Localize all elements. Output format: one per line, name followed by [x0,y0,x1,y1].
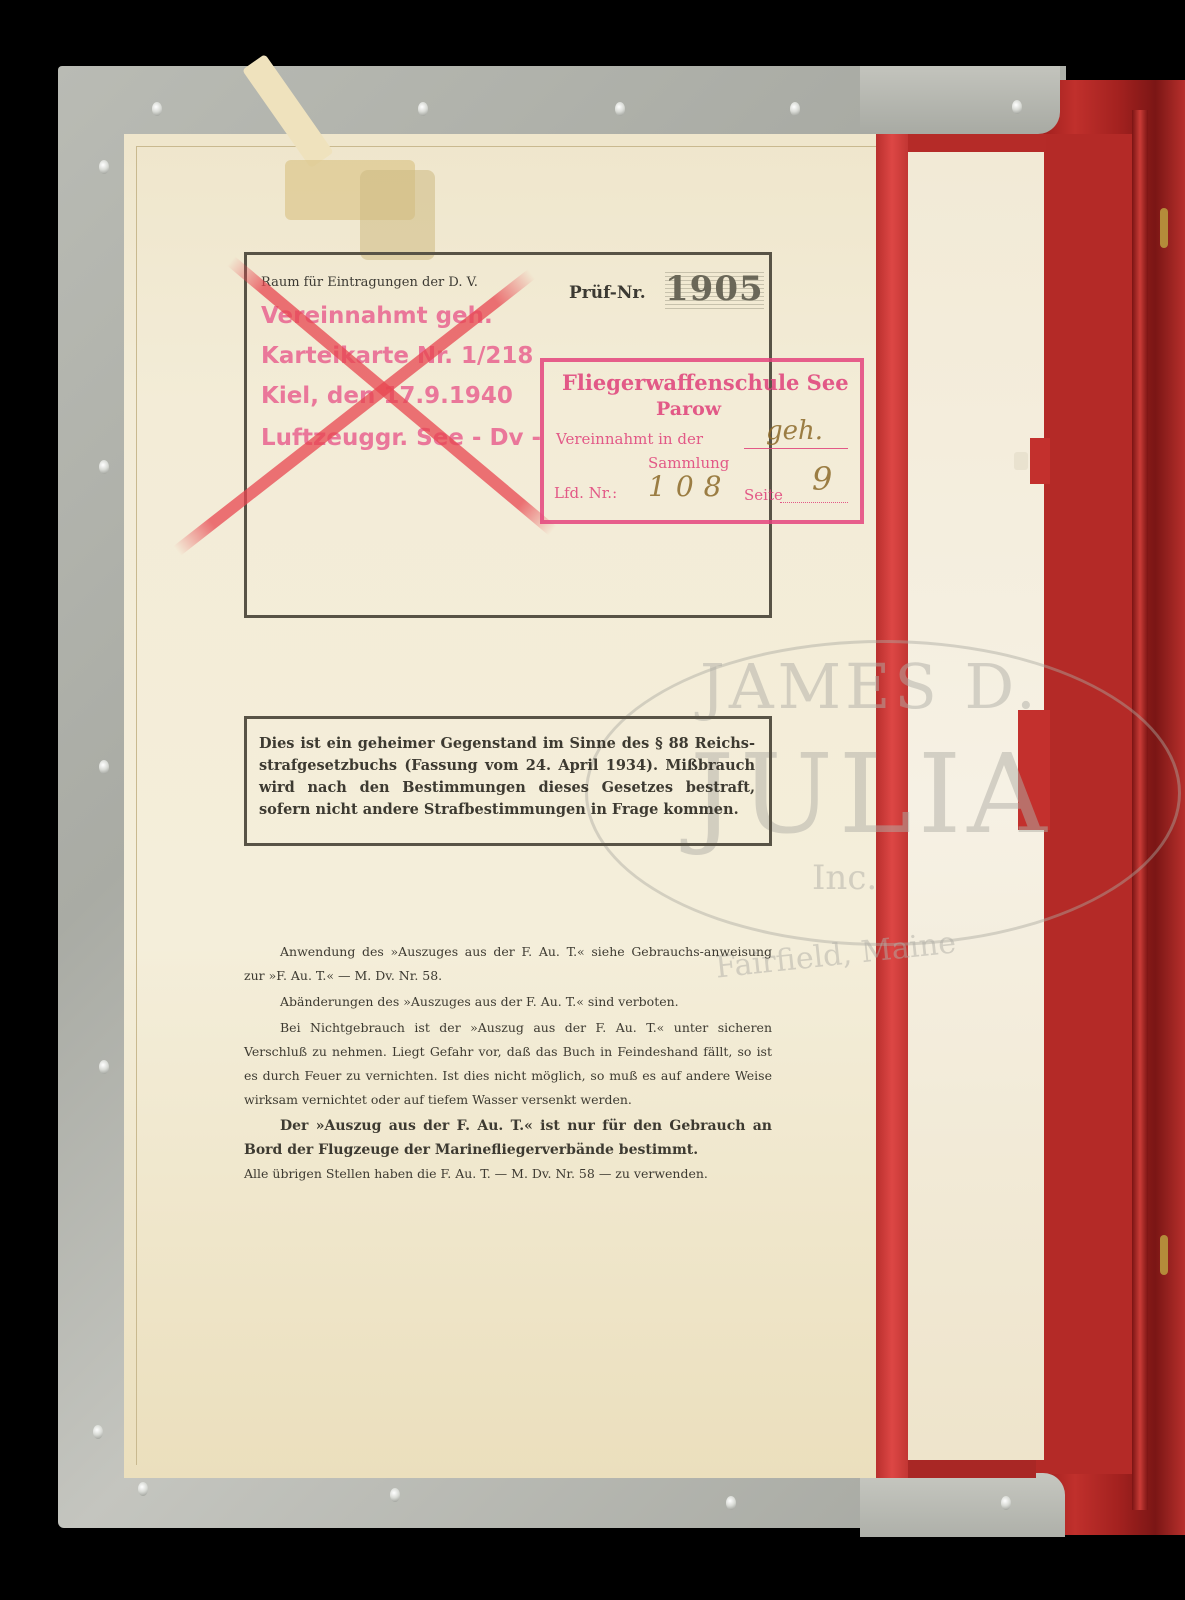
stamp-rule [744,448,848,449]
stamp-seite-value: 9 [812,460,832,498]
watermark-name: JAMES D. [700,650,1040,723]
rivet-icon [99,460,109,474]
register-label: Raum für Eintragungen der D. V. [261,275,478,290]
rivet-icon [1001,1496,1011,1510]
rivet-icon [138,1482,148,1496]
rivet-icon [726,1496,736,1510]
instruction-paragraph: Alle übrigen Stellen haben die F. Au. T.… [244,1162,772,1186]
rivet-icon [418,102,428,116]
instruction-paragraph: Abänderungen des »Auszuges aus der F. Au… [244,990,772,1014]
stamp-lfd-value: 108 [648,470,731,503]
stamp-title: Fliegerwaffenschule See [562,370,849,395]
rivet-icon [99,160,109,174]
stamp-line1-label: Vereinnahmt in der [556,430,703,448]
pruef-number: 1905 [665,269,764,309]
pruef-label: Prüf-Nr. [569,283,646,303]
stamp-line1-value: geh. [766,416,823,446]
school-stamp: Fliegerwaffenschule See Parow Vereinnahm… [540,358,864,524]
rivet-icon [99,1060,109,1074]
metal-corner-top-right [860,66,1060,134]
watermark-inc: Inc. [812,858,877,898]
instruction-paragraph: Anwendung des »Auszuges aus der F. Au. T… [244,940,772,988]
snap-button-icon [1160,1235,1168,1275]
instruction-paragraph: Bei Nichtgebrauch ist der »Auszug aus de… [244,1016,772,1112]
rivet-icon [1012,100,1022,114]
crossed-stamp-line: Karteikarte Nr. 1/218 [261,343,533,369]
instruction-paragraph-bold: Der »Auszug aus der F. Au. T.« ist nur f… [244,1114,772,1162]
stamp-place: Parow [656,398,721,420]
secrecy-notice-text: Dies ist ein geheimer Gegenstand im Sinn… [259,733,755,821]
rivet-icon [93,1425,103,1439]
rivet-icon [615,102,625,116]
rivet-icon [390,1488,400,1502]
flap-tab [1030,438,1050,484]
stamp-rule [780,502,848,504]
rivet-icon [790,102,800,116]
instructions: Anwendung des »Auszuges aus der F. Au. T… [244,940,772,1188]
glue-stain [360,170,435,260]
metal-corner-bottom-right [860,1473,1065,1537]
snap-button-icon [1160,208,1168,248]
rivet-icon [152,102,162,116]
rivet-icon [99,760,109,774]
stamp-seite-label: Seite [744,486,783,504]
stamp-lfd-label: Lfd. Nr.: [554,484,617,502]
secrecy-notice-box: Dies ist ein geheimer Gegenstand im Sinn… [244,716,772,846]
fastener-icon [1014,452,1028,470]
